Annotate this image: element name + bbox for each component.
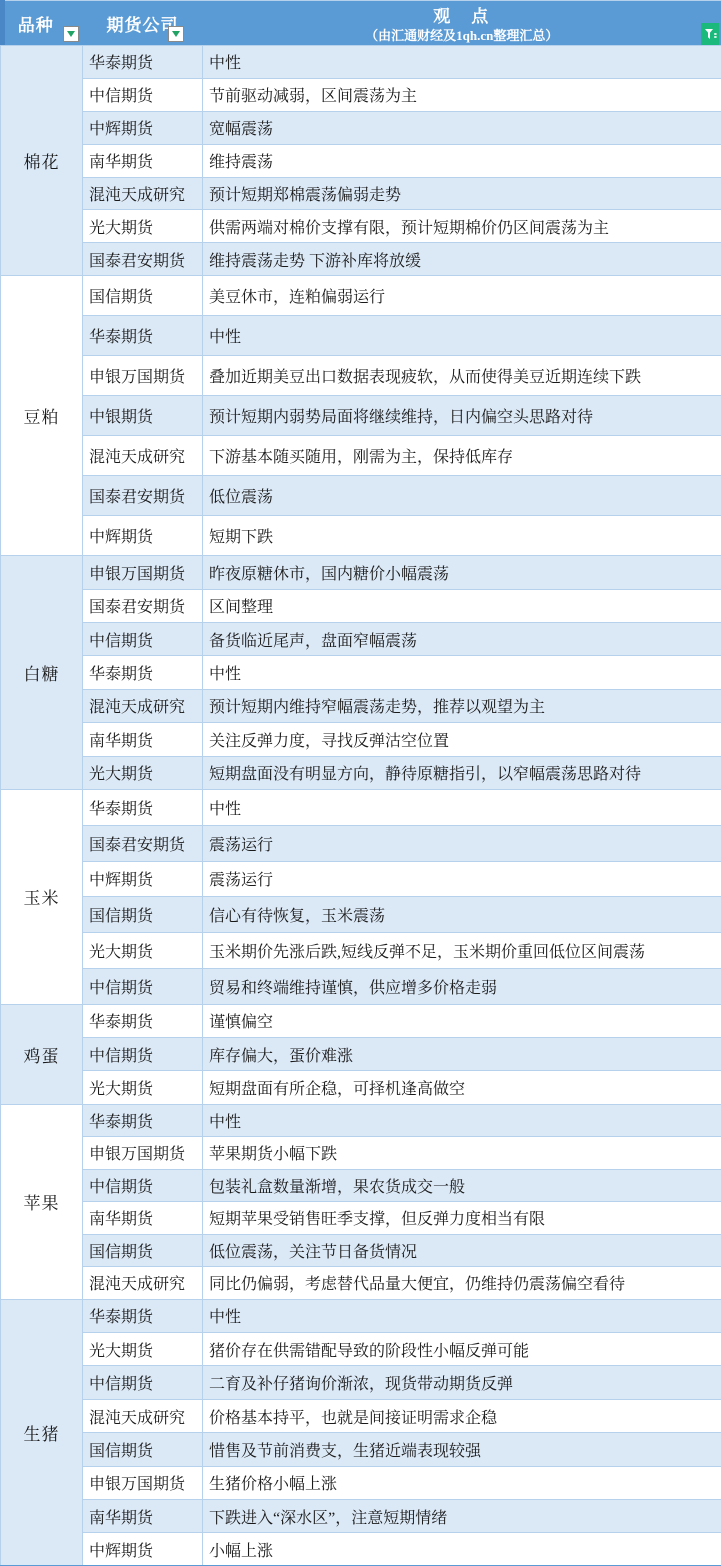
table-row: 国泰君安期货区间整理 xyxy=(1,589,721,622)
table-row: 中辉期货震荡运行 xyxy=(1,861,721,897)
viewpoint-cell: 美豆休市，连粕偏弱运行 xyxy=(203,276,721,316)
viewpoint-cell: 短期苹果受销售旺季支撑，但反弹力度相当有限 xyxy=(203,1202,721,1235)
viewpoint-cell: 下跌进入“深水区”，注意短期情绪 xyxy=(203,1499,721,1532)
company-cell: 混沌天成研究 xyxy=(83,177,203,210)
company-cell: 南华期货 xyxy=(83,144,203,177)
viewpoint-cell: 贸易和终端维持谨慎，供应增多价格走弱 xyxy=(203,968,721,1004)
table-row: 中信期货包装礼盒数量渐增，果农货成交一般 xyxy=(1,1169,721,1202)
table-row: 申银万国期货叠加近期美豆出口数据表现疲软，从而使得美豆近期连续下跌 xyxy=(1,356,721,396)
table-row: 南华期货短期苹果受销售旺季支撑，但反弹力度相当有限 xyxy=(1,1202,721,1235)
viewpoint-cell: 二育及补仔猪询价渐浓，现货带动期货反弹 xyxy=(203,1366,721,1399)
column-header-variety: 品种 xyxy=(1,1,83,46)
viewpoint-cell: 价格基本持平，也就是间接证明需求企稳 xyxy=(203,1399,721,1432)
company-cell: 申银万国期货 xyxy=(83,1466,203,1499)
viewpoint-cell: 低位震荡 xyxy=(203,476,721,516)
table-row: 光大期货短期盘面没有明显方向，静待原糖指引，以窄幅震荡思路对待 xyxy=(1,756,721,789)
viewpoint-cell: 中性 xyxy=(203,1299,721,1332)
viewpoint-cell: 备货临近尾声，盘面窄幅震荡 xyxy=(203,623,721,656)
funnel-glyph-icon xyxy=(704,28,717,41)
company-cell: 国信期货 xyxy=(83,897,203,933)
table-row: 南华期货关注反弹力度，寻找反弹沽空位置 xyxy=(1,723,721,756)
viewpoint-cell: 维持震荡 xyxy=(203,144,721,177)
table-row: 光大期货短期盘面有所企稳，可择机逢高做空 xyxy=(1,1071,721,1104)
company-cell: 光大期货 xyxy=(83,1333,203,1366)
table-row: 光大期货猪价存在供需错配导致的阶段性小幅反弹可能 xyxy=(1,1333,721,1366)
futures-opinion-sheet: 品种 期货公司 观 点 （由汇通财经及1qh.cn整理汇总） xyxy=(0,0,721,1566)
variety-cell: 生猪 xyxy=(1,1299,83,1566)
variety-cell: 白糖 xyxy=(1,556,83,790)
company-cell: 国信期货 xyxy=(83,276,203,316)
table-row: 混沌天成研究预计短期郑棉震荡偏弱走势 xyxy=(1,177,721,210)
table-row: 豆粕国信期货美豆休市，连粕偏弱运行 xyxy=(1,276,721,316)
table-row: 鸡蛋华泰期货谨慎偏空 xyxy=(1,1004,721,1037)
viewpoint-cell: 中性 xyxy=(203,1104,721,1137)
company-cell: 中信期货 xyxy=(83,1169,203,1202)
viewpoint-cell: 库存偏大，蛋价难涨 xyxy=(203,1038,721,1071)
company-filter-dropdown-button[interactable] xyxy=(168,26,184,42)
table-row: 国信期货信心有待恢复，玉米震荡 xyxy=(1,897,721,933)
table-row: 国泰君安期货低位震荡 xyxy=(1,476,721,516)
viewpoint-cell: 节前驱动减弱，区间震荡为主 xyxy=(203,78,721,111)
company-cell: 中信期货 xyxy=(83,1366,203,1399)
company-cell: 中信期货 xyxy=(83,623,203,656)
table-row: 中信期货二育及补仔猪询价渐浓，现货带动期货反弹 xyxy=(1,1366,721,1399)
viewpoint-cell: 猪价存在供需错配导致的阶段性小幅反弹可能 xyxy=(203,1333,721,1366)
table-row: 白糖申银万国期货昨夜原糖休市，国内糖价小幅震荡 xyxy=(1,556,721,589)
company-cell: 中辉期货 xyxy=(83,861,203,897)
table-row: 南华期货维持震荡 xyxy=(1,144,721,177)
company-cell: 华泰期货 xyxy=(83,316,203,356)
column-header-viewpoint: 观 点 （由汇通财经及1qh.cn整理汇总） xyxy=(203,1,721,46)
company-cell: 国泰君安期货 xyxy=(83,589,203,622)
table-row: 光大期货玉米期价先涨后跌,短线反弹不足，玉米期价重回低位区间震荡 xyxy=(1,933,721,969)
company-cell: 光大期货 xyxy=(83,933,203,969)
viewpoint-cell: 区间整理 xyxy=(203,589,721,622)
dropdown-arrow-icon xyxy=(67,31,75,37)
company-cell: 光大期货 xyxy=(83,1071,203,1104)
viewpoint-cell: 谨慎偏空 xyxy=(203,1004,721,1037)
viewpoint-cell: 关注反弹力度，寻找反弹沽空位置 xyxy=(203,723,721,756)
company-cell: 申银万国期货 xyxy=(83,556,203,589)
company-cell: 混沌天成研究 xyxy=(83,1399,203,1432)
table-row: 混沌天成研究下游基本随买随用，刚需为主，保持低库存 xyxy=(1,436,721,476)
table-row: 南华期货下跌进入“深水区”，注意短期情绪 xyxy=(1,1499,721,1532)
header-left-accent xyxy=(0,0,5,45)
table-row: 中信期货库存偏大，蛋价难涨 xyxy=(1,1038,721,1071)
table-row: 苹果华泰期货中性 xyxy=(1,1104,721,1137)
table-row: 棉花华泰期货中性 xyxy=(1,46,721,79)
header-row: 品种 期货公司 观 点 （由汇通财经及1qh.cn整理汇总） xyxy=(1,1,721,46)
variety-filter-dropdown-button[interactable] xyxy=(63,26,79,42)
company-cell: 华泰期货 xyxy=(83,1104,203,1137)
company-cell: 华泰期货 xyxy=(83,656,203,689)
table-row: 中辉期货短期下跌 xyxy=(1,516,721,556)
company-cell: 中辉期货 xyxy=(83,1533,203,1566)
company-cell: 国泰君安期货 xyxy=(83,243,203,276)
variety-cell: 棉花 xyxy=(1,46,83,276)
viewpoint-cell: 中性 xyxy=(203,789,721,825)
viewpoint-cell: 短期下跌 xyxy=(203,516,721,556)
company-cell: 南华期货 xyxy=(83,723,203,756)
table-row: 华泰期货中性 xyxy=(1,316,721,356)
table-row: 中银期货预计短期内弱势局面将继续维持，日内偏空头思路对待 xyxy=(1,396,721,436)
viewpoint-cell: 中性 xyxy=(203,656,721,689)
company-cell: 国泰君安期货 xyxy=(83,825,203,861)
table-row: 中辉期货小幅上涨 xyxy=(1,1533,721,1566)
company-cell: 光大期货 xyxy=(83,210,203,243)
dropdown-arrow-icon xyxy=(172,31,180,37)
company-cell: 中信期货 xyxy=(83,78,203,111)
table-row: 混沌天成研究同比仍偏弱，考虑替代品量大便宜，仍维持仍震荡偏空看待 xyxy=(1,1267,721,1300)
table-row: 生猪华泰期货中性 xyxy=(1,1299,721,1332)
viewpoint-cell: 震荡运行 xyxy=(203,861,721,897)
variety-cell: 苹果 xyxy=(1,1104,83,1299)
company-cell: 华泰期货 xyxy=(83,46,203,79)
column-header-company: 期货公司 xyxy=(83,1,203,46)
company-cell: 国信期货 xyxy=(83,1433,203,1466)
viewpoint-cell: 包装礼盒数量渐增，果农货成交一般 xyxy=(203,1169,721,1202)
table-row: 中辉期货宽幅震荡 xyxy=(1,111,721,144)
company-cell: 华泰期货 xyxy=(83,1299,203,1332)
viewpoint-cell: 下游基本随买随用，刚需为主，保持低库存 xyxy=(203,436,721,476)
viewpoint-cell: 供需两端对棉价支撑有限，预计短期棉价仍区间震荡为主 xyxy=(203,210,721,243)
table-row: 国信期货惜售及节前消费支，生猪近端表现较强 xyxy=(1,1433,721,1466)
viewpoint-cell: 预计短期内弱势局面将继续维持，日内偏空头思路对待 xyxy=(203,396,721,436)
variety-header-label: 品种 xyxy=(18,16,54,35)
table-row: 国泰君安期货震荡运行 xyxy=(1,825,721,861)
viewpoint-cell: 中性 xyxy=(203,316,721,356)
viewpoint-cell: 惜售及节前消费支，生猪近端表现较强 xyxy=(203,1433,721,1466)
company-cell: 申银万国期货 xyxy=(83,1137,203,1170)
company-cell: 华泰期货 xyxy=(83,1004,203,1037)
table-row: 混沌天成研究价格基本持平，也就是间接证明需求企稳 xyxy=(1,1399,721,1432)
viewpoint-cell: 小幅上涨 xyxy=(203,1533,721,1566)
viewpoint-cell: 预计短期内维持窄幅震荡走势，推荐以观望为主 xyxy=(203,689,721,722)
company-cell: 混沌天成研究 xyxy=(83,1267,203,1300)
variety-cell: 玉米 xyxy=(1,789,83,1004)
viewpoint-cell: 信心有待恢复，玉米震荡 xyxy=(203,897,721,933)
viewpoint-cell: 宽幅震荡 xyxy=(203,111,721,144)
viewpoint-cell: 昨夜原糖休市，国内糖价小幅震荡 xyxy=(203,556,721,589)
viewpoint-cell: 叠加近期美豆出口数据表现疲软，从而使得美豆近期连续下跌 xyxy=(203,356,721,396)
viewpoint-cell: 中性 xyxy=(203,46,721,79)
company-cell: 中辉期货 xyxy=(83,111,203,144)
company-cell: 中辉期货 xyxy=(83,516,203,556)
table-row: 申银万国期货生猪价格小幅上涨 xyxy=(1,1466,721,1499)
table-row: 国信期货低位震荡，关注节日备货情况 xyxy=(1,1234,721,1267)
company-cell: 南华期货 xyxy=(83,1202,203,1235)
viewpoint-cell: 短期盘面没有明显方向，静待原糖指引，以窄幅震荡思路对待 xyxy=(203,756,721,789)
futures-opinions-table: 品种 期货公司 观 点 （由汇通财经及1qh.cn整理汇总） xyxy=(0,0,721,1566)
company-cell: 光大期货 xyxy=(83,756,203,789)
table-row: 中信期货贸易和终端维持谨慎，供应增多价格走弱 xyxy=(1,968,721,1004)
company-cell: 混沌天成研究 xyxy=(83,436,203,476)
table-row: 国泰君安期货维持震荡走势 下游补库将放缓 xyxy=(1,243,721,276)
company-cell: 混沌天成研究 xyxy=(83,689,203,722)
company-cell: 南华期货 xyxy=(83,1499,203,1532)
company-cell: 中信期货 xyxy=(83,968,203,1004)
viewpoint-cell: 短期盘面有所企稳，可择机逢高做空 xyxy=(203,1071,721,1104)
company-cell: 中信期货 xyxy=(83,1038,203,1071)
viewpoint-cell: 苹果期货小幅下跌 xyxy=(203,1137,721,1170)
viewpoint-cell: 低位震荡，关注节日备货情况 xyxy=(203,1234,721,1267)
company-cell: 申银万国期货 xyxy=(83,356,203,396)
table-row: 华泰期货中性 xyxy=(1,656,721,689)
table-row: 中信期货节前驱动减弱，区间震荡为主 xyxy=(1,78,721,111)
company-cell: 中银期货 xyxy=(83,396,203,436)
company-cell: 国泰君安期货 xyxy=(83,476,203,516)
table-row: 光大期货供需两端对棉价支撑有限，预计短期棉价仍区间震荡为主 xyxy=(1,210,721,243)
viewpoint-cell: 震荡运行 xyxy=(203,825,721,861)
company-cell: 华泰期货 xyxy=(83,789,203,825)
viewpoint-cell: 维持震荡走势 下游补库将放缓 xyxy=(203,243,721,276)
viewpoint-header-title: 观 点 xyxy=(203,3,721,27)
viewpoint-cell: 同比仍偏弱，考虑替代品量大便宜，仍维持仍震荡偏空看待 xyxy=(203,1267,721,1300)
viewpoint-cell: 预计短期郑棉震荡偏弱走势 xyxy=(203,177,721,210)
table-row: 玉米华泰期货中性 xyxy=(1,789,721,825)
table-row: 中信期货备货临近尾声，盘面窄幅震荡 xyxy=(1,623,721,656)
variety-cell: 鸡蛋 xyxy=(1,1004,83,1104)
viewpoint-header-subtitle: （由汇通财经及1qh.cn整理汇总） xyxy=(203,27,721,44)
viewpoint-cell: 玉米期价先涨后跌,短线反弹不足，玉米期价重回低位区间震荡 xyxy=(203,933,721,969)
viewpoint-cell: 生猪价格小幅上涨 xyxy=(203,1466,721,1499)
table-row: 申银万国期货苹果期货小幅下跌 xyxy=(1,1137,721,1170)
table-row: 混沌天成研究预计短期内维持窄幅震荡走势，推荐以观望为主 xyxy=(1,689,721,722)
variety-cell: 豆粕 xyxy=(1,276,83,556)
company-cell: 国信期货 xyxy=(83,1234,203,1267)
filter-funnel-icon[interactable] xyxy=(701,23,719,45)
